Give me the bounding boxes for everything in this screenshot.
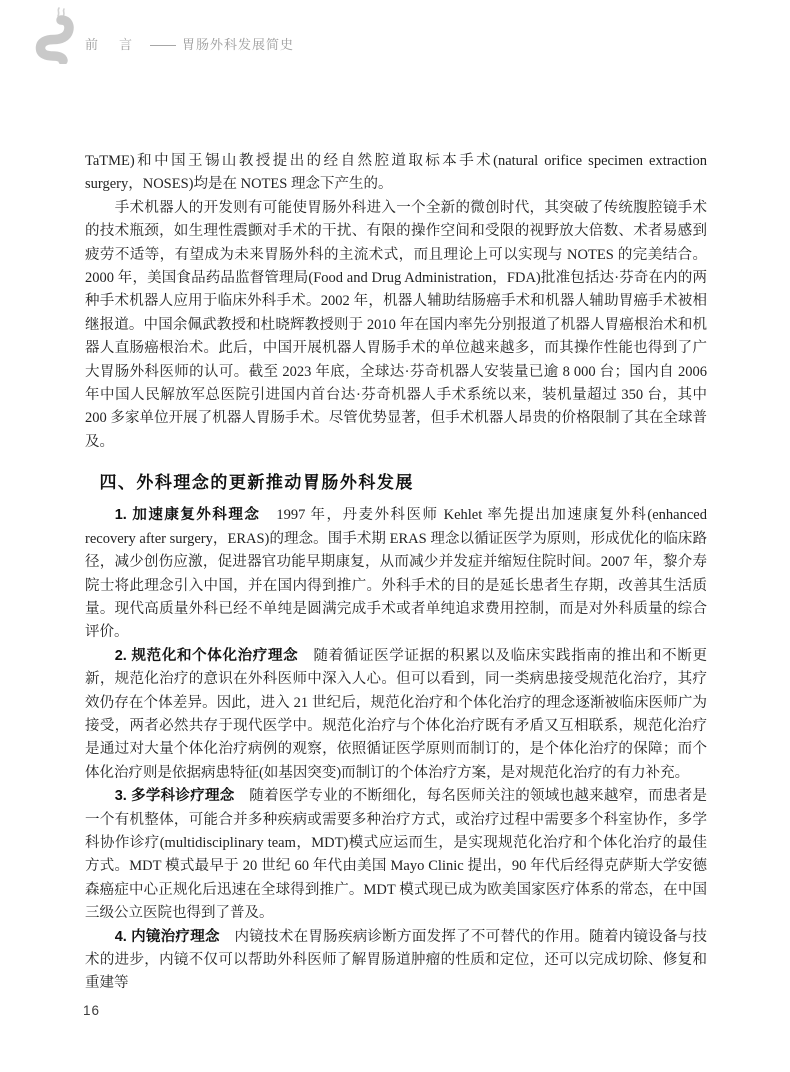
paragraph-standardized-text: 随着循证医学证据的积累以及临床实践指南的推出和不断更新，规范化治疗的意识在外科医…	[85, 648, 707, 781]
page-header: 前 言——胃肠外科发展简史	[33, 6, 733, 66]
paragraph-mdt-text: 随着医学专业的不断细化，每名医师关注的领域也越来越窄，而患者是一个有机整体，可能…	[85, 788, 707, 921]
paragraph-endoscopy: 4. 内镜治疗理念 内镜技术在胃肠疾病诊断方面发挥了不可替代的作用。随着内镜设备…	[85, 926, 707, 996]
paragraph-eras-lead: 1. 加速康复外科理念	[115, 507, 261, 523]
paragraph-robotic-surgery: 手术机器人的开发则有可能使胃肠外科进入一个全新的微创时代，其突破了传统腹腔镜手术…	[85, 197, 707, 454]
running-head-title: 胃肠外科发展简史	[182, 37, 294, 52]
page-footer: 16	[83, 1003, 100, 1018]
paragraph-eras: 1. 加速康复外科理念 1997 年，丹麦外科医师 Kehlet 率先提出加速康…	[85, 504, 707, 644]
paragraph-standardized-individualized: 2. 规范化和个体化治疗理念 随着循证医学证据的积累以及临床实践指南的推出和不断…	[85, 645, 707, 785]
stomach-logo-icon	[33, 6, 77, 69]
running-head-section: 前 言	[85, 37, 136, 52]
paragraph-eras-text: 1997 年，丹麦外科医师 Kehlet 率先提出加速康复外科(enhanced…	[85, 507, 707, 640]
page-body: TaTME)和中国王锡山教授提出的经自然腔道取标本手术(natural orif…	[85, 150, 707, 996]
paragraph-mdt-lead: 3. 多学科诊疗理念	[115, 788, 235, 804]
book-page: { "colors": { "header_gray": "#9b9b9b", …	[0, 0, 790, 1072]
running-head: 前 言——胃肠外科发展简史	[85, 34, 294, 53]
paragraph-continuation: TaTME)和中国王锡山教授提出的经自然腔道取标本手术(natural orif…	[85, 150, 707, 197]
section-heading: 四、外科理念的更新推动胃肠外科发展	[85, 468, 707, 493]
running-head-dash: ——	[150, 37, 176, 52]
paragraph-standardized-lead: 2. 规范化和个体化治疗理念	[115, 648, 299, 664]
paragraph-mdt: 3. 多学科诊疗理念 随着医学专业的不断细化，每名医师关注的领域也越来越窄，而患…	[85, 785, 707, 925]
paragraph-endoscopy-lead: 4. 内镜治疗理念	[115, 929, 220, 945]
page-number: 16	[83, 1003, 100, 1018]
